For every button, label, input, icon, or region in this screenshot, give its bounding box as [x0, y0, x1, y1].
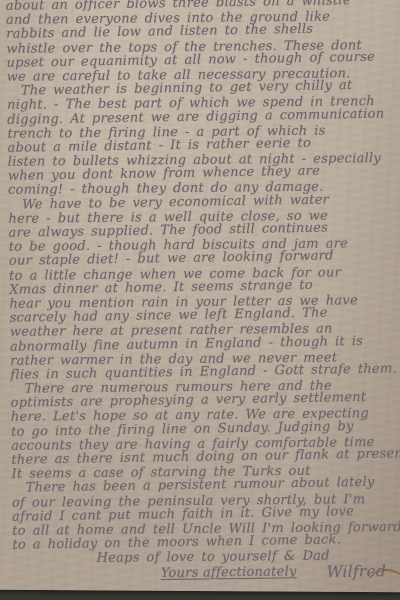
- letter-photo: about an officer blows three blasts on a…: [0, 0, 400, 600]
- valediction: Yours affectionately: [161, 564, 297, 581]
- letter-lines: about an officer blows three blasts on a…: [6, 0, 400, 553]
- letter-body: about an officer blows three blasts on a…: [6, 0, 400, 583]
- letter-page: about an officer blows three blasts on a…: [0, 0, 400, 592]
